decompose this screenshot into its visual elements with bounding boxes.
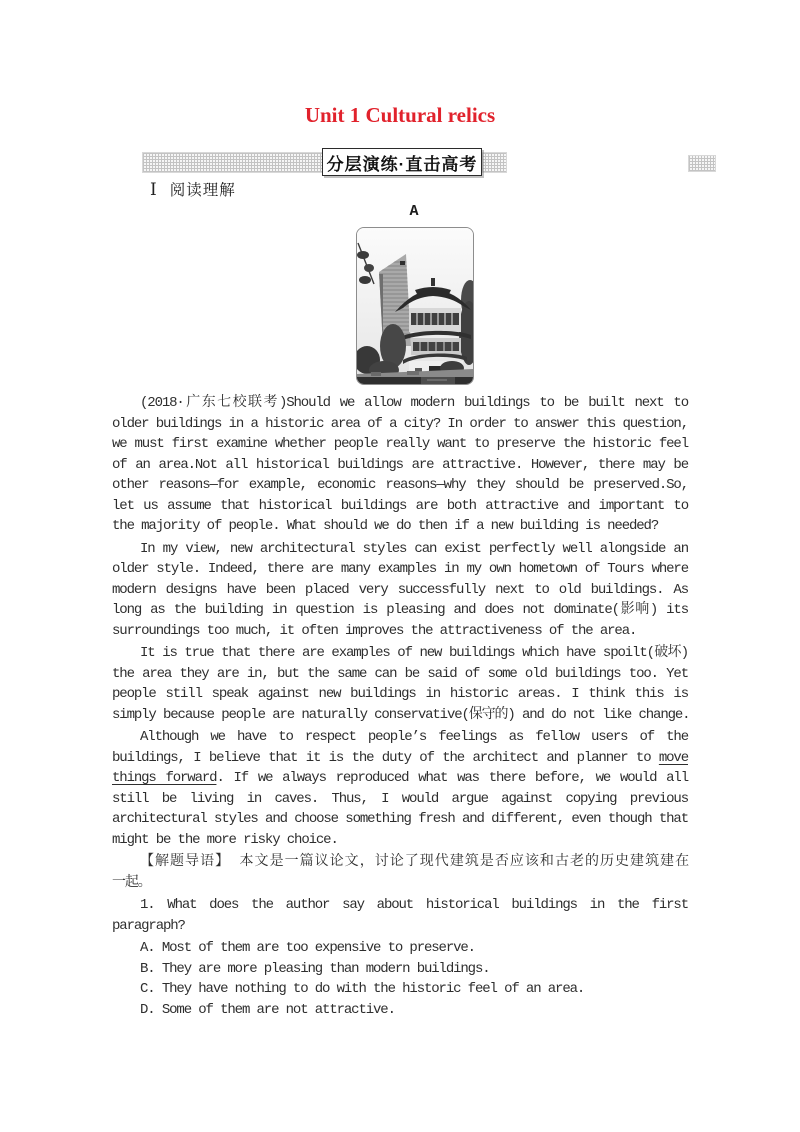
section-number: Ⅰ	[150, 180, 157, 200]
passage-line: long as the building in question is plea…	[112, 600, 688, 621]
passage-line: buildings, I believe that it is the duty…	[112, 748, 688, 769]
option-line: D. Some of them are not attractive.	[112, 1000, 688, 1021]
workbook-page: Unit 1 Cultural relics 分层演练·直击高考 Ⅰ 阅读理解 …	[0, 0, 800, 1132]
text-segment: 1. What does the author say about histor…	[140, 897, 688, 913]
passage-line: It is true that there are examples of ne…	[112, 643, 688, 664]
underlined-phrase: move	[659, 750, 688, 766]
passage-line: might be the more risky choice.	[112, 830, 688, 851]
passage-line: things forward. If we always reproduced …	[112, 768, 688, 789]
passage-line: simply because people are naturally cons…	[112, 705, 688, 726]
passage-line: of an area.Not all historical buildings …	[112, 455, 688, 476]
passage-content: (2018·广东七校联考)Should we allow modern buil…	[112, 393, 688, 1020]
text-segment: In my view, new architectural styles can…	[140, 541, 688, 557]
text-segment: let us assume that historical buildings …	[112, 498, 688, 514]
question-1-options: A. Most of them are too expensive to pre…	[112, 938, 688, 1020]
text-segment: 一起。	[112, 875, 151, 891]
guide-line: 【解题导语】 本文是一篇议论文，讨论了现代建筑是否应该和古老的历史建筑建在	[112, 852, 688, 873]
pagoda-photo-illustration	[357, 228, 473, 384]
section-heading: Ⅰ 阅读理解	[150, 178, 236, 200]
text-segment: . If we always reproduced what was there…	[216, 770, 688, 786]
text-segment: It is true that there are examples of ne…	[140, 645, 688, 661]
question-stem-line: 1. What does the author say about histor…	[112, 895, 688, 916]
passage-paragraph: In my view, new architectural styles can…	[112, 539, 688, 642]
passage-paragraph: It is true that there are examples of ne…	[112, 643, 688, 725]
text-segment: 【解题导语】 本文是一篇议论文，讨论了现代建筑是否应该和古老的历史建筑建在	[140, 854, 688, 870]
guide-line: 一起。	[112, 873, 688, 894]
text-segment: older style. Indeed, there are many exam…	[112, 561, 688, 577]
text-segment: still be living in caves. Thus, I would …	[112, 791, 688, 807]
text-segment: the area they are in, but the same can b…	[112, 666, 688, 682]
text-segment: modern designs have been placed very suc…	[112, 582, 688, 598]
unit-title: Unit 1 Cultural relics	[0, 103, 800, 128]
passage-line: surroundings too much, it often improves…	[112, 621, 688, 642]
passage-line: other reasons—for example, economic reas…	[112, 475, 688, 496]
passage-line: older style. Indeed, there are many exam…	[112, 559, 688, 580]
text-segment: architectural styles and choose somethin…	[112, 811, 688, 827]
passage-photo	[356, 227, 474, 385]
banner-hatch-block	[688, 155, 716, 172]
passage-paragraph: (2018·广东七校联考)Should we allow modern buil…	[112, 393, 688, 537]
passage-label: A	[356, 203, 472, 220]
option-line: B. They are more pleasing than modern bu…	[112, 959, 688, 980]
text-segment: of an area.Not all historical buildings …	[112, 457, 688, 473]
section-name: 阅读理解	[170, 178, 236, 200]
question-stem-line: paragraph?	[112, 916, 688, 937]
text-segment: buildings, I believe that it is the duty…	[112, 750, 659, 766]
text-segment: long as the building in question is plea…	[112, 602, 688, 618]
underlined-phrase: things forward	[112, 770, 216, 786]
passage-line: (2018·广东七校联考)Should we allow modern buil…	[112, 393, 688, 414]
text-segment: older buildings in a historic area of a …	[112, 416, 688, 432]
passage-line: In my view, new architectural styles can…	[112, 539, 688, 560]
passage-line: let us assume that historical buildings …	[112, 496, 688, 517]
text-segment: we must first examine whether people rea…	[112, 436, 688, 452]
text-segment: (2018·广东七校联考)Should we allow modern buil…	[140, 395, 688, 411]
passage-line: older buildings in a historic area of a …	[112, 414, 688, 435]
option-line: C. They have nothing to do with the hist…	[112, 979, 688, 1000]
passage-paragraphs: (2018·广东七校联考)Should we allow modern buil…	[112, 393, 688, 850]
passage-line: modern designs have been placed very suc…	[112, 580, 688, 601]
passage-line: Although we have to respect people’s fee…	[112, 727, 688, 748]
option-line: A. Most of them are too expensive to pre…	[112, 938, 688, 959]
guide-note: 【解题导语】 本文是一篇议论文，讨论了现代建筑是否应该和古老的历史建筑建在一起。	[112, 852, 688, 893]
text-segment: the majority of people. What should we d…	[112, 518, 658, 534]
text-segment: paragraph?	[112, 918, 185, 934]
passage-line: we must first examine whether people rea…	[112, 434, 688, 455]
text-segment: simply because people are naturally cons…	[112, 707, 689, 723]
passage-line: the area they are in, but the same can b…	[112, 664, 688, 685]
text-segment: surroundings too much, it often improves…	[112, 623, 636, 639]
passage-line: still be living in caves. Thus, I would …	[112, 789, 688, 810]
text-segment: Although we have to respect people’s fee…	[140, 729, 688, 745]
text-segment: other reasons—for example, economic reas…	[112, 477, 688, 493]
text-segment: people still speak against new buildings…	[112, 686, 688, 702]
banner-label: 分层演练·直击高考	[322, 148, 482, 176]
text-segment: might be the more risky choice.	[112, 832, 338, 848]
passage-line: the majority of people. What should we d…	[112, 516, 688, 537]
passage-paragraph: Although we have to respect people’s fee…	[112, 727, 688, 850]
question-1: 1. What does the author say about histor…	[112, 895, 688, 936]
passage-line: people still speak against new buildings…	[112, 684, 688, 705]
passage-line: architectural styles and choose somethin…	[112, 809, 688, 830]
